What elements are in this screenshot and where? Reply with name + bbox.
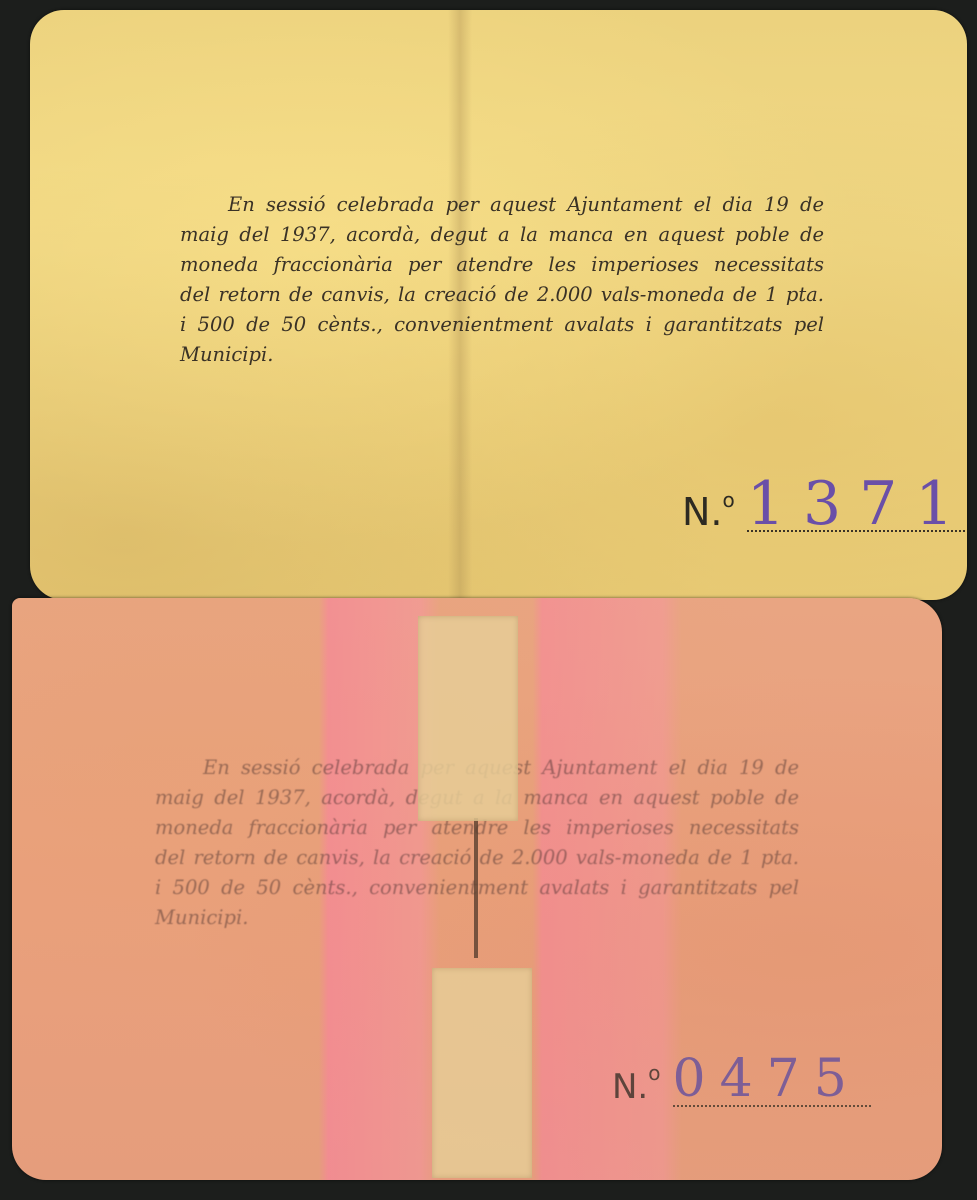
tape-strip-top xyxy=(418,616,518,821)
serial-number: N.o 1371 xyxy=(682,478,967,532)
text-line: moneda fraccionària per atendre les impe… xyxy=(180,250,824,280)
text-line: del retorn de canvis, la creació de 2.00… xyxy=(180,280,824,310)
tear-line xyxy=(474,818,478,958)
serial-number: N.o 0475 xyxy=(612,1053,871,1107)
text-line: Municipi. xyxy=(180,340,824,370)
tape-strip-bottom xyxy=(432,968,532,1178)
decree-text: En sessió celebrada per aquest Ajuntamen… xyxy=(180,190,824,370)
voucher-top-yellow: En sessió celebrada per aquest Ajuntamen… xyxy=(30,10,967,600)
serial-label: N.o xyxy=(612,1053,661,1107)
serial-value: 1371 xyxy=(747,478,967,532)
text-line: i 500 de 50 cènts., convenientment avala… xyxy=(180,310,824,340)
voucher-bottom-pink: En sessió celebrada per aquest Ajuntamen… xyxy=(12,598,942,1180)
text-line: maig del 1937, acordà, degut a la manca … xyxy=(180,220,824,250)
text-line: En sessió celebrada per aquest Ajuntamen… xyxy=(180,190,824,220)
serial-value: 0475 xyxy=(673,1053,871,1107)
serial-label: N.o xyxy=(682,480,735,532)
